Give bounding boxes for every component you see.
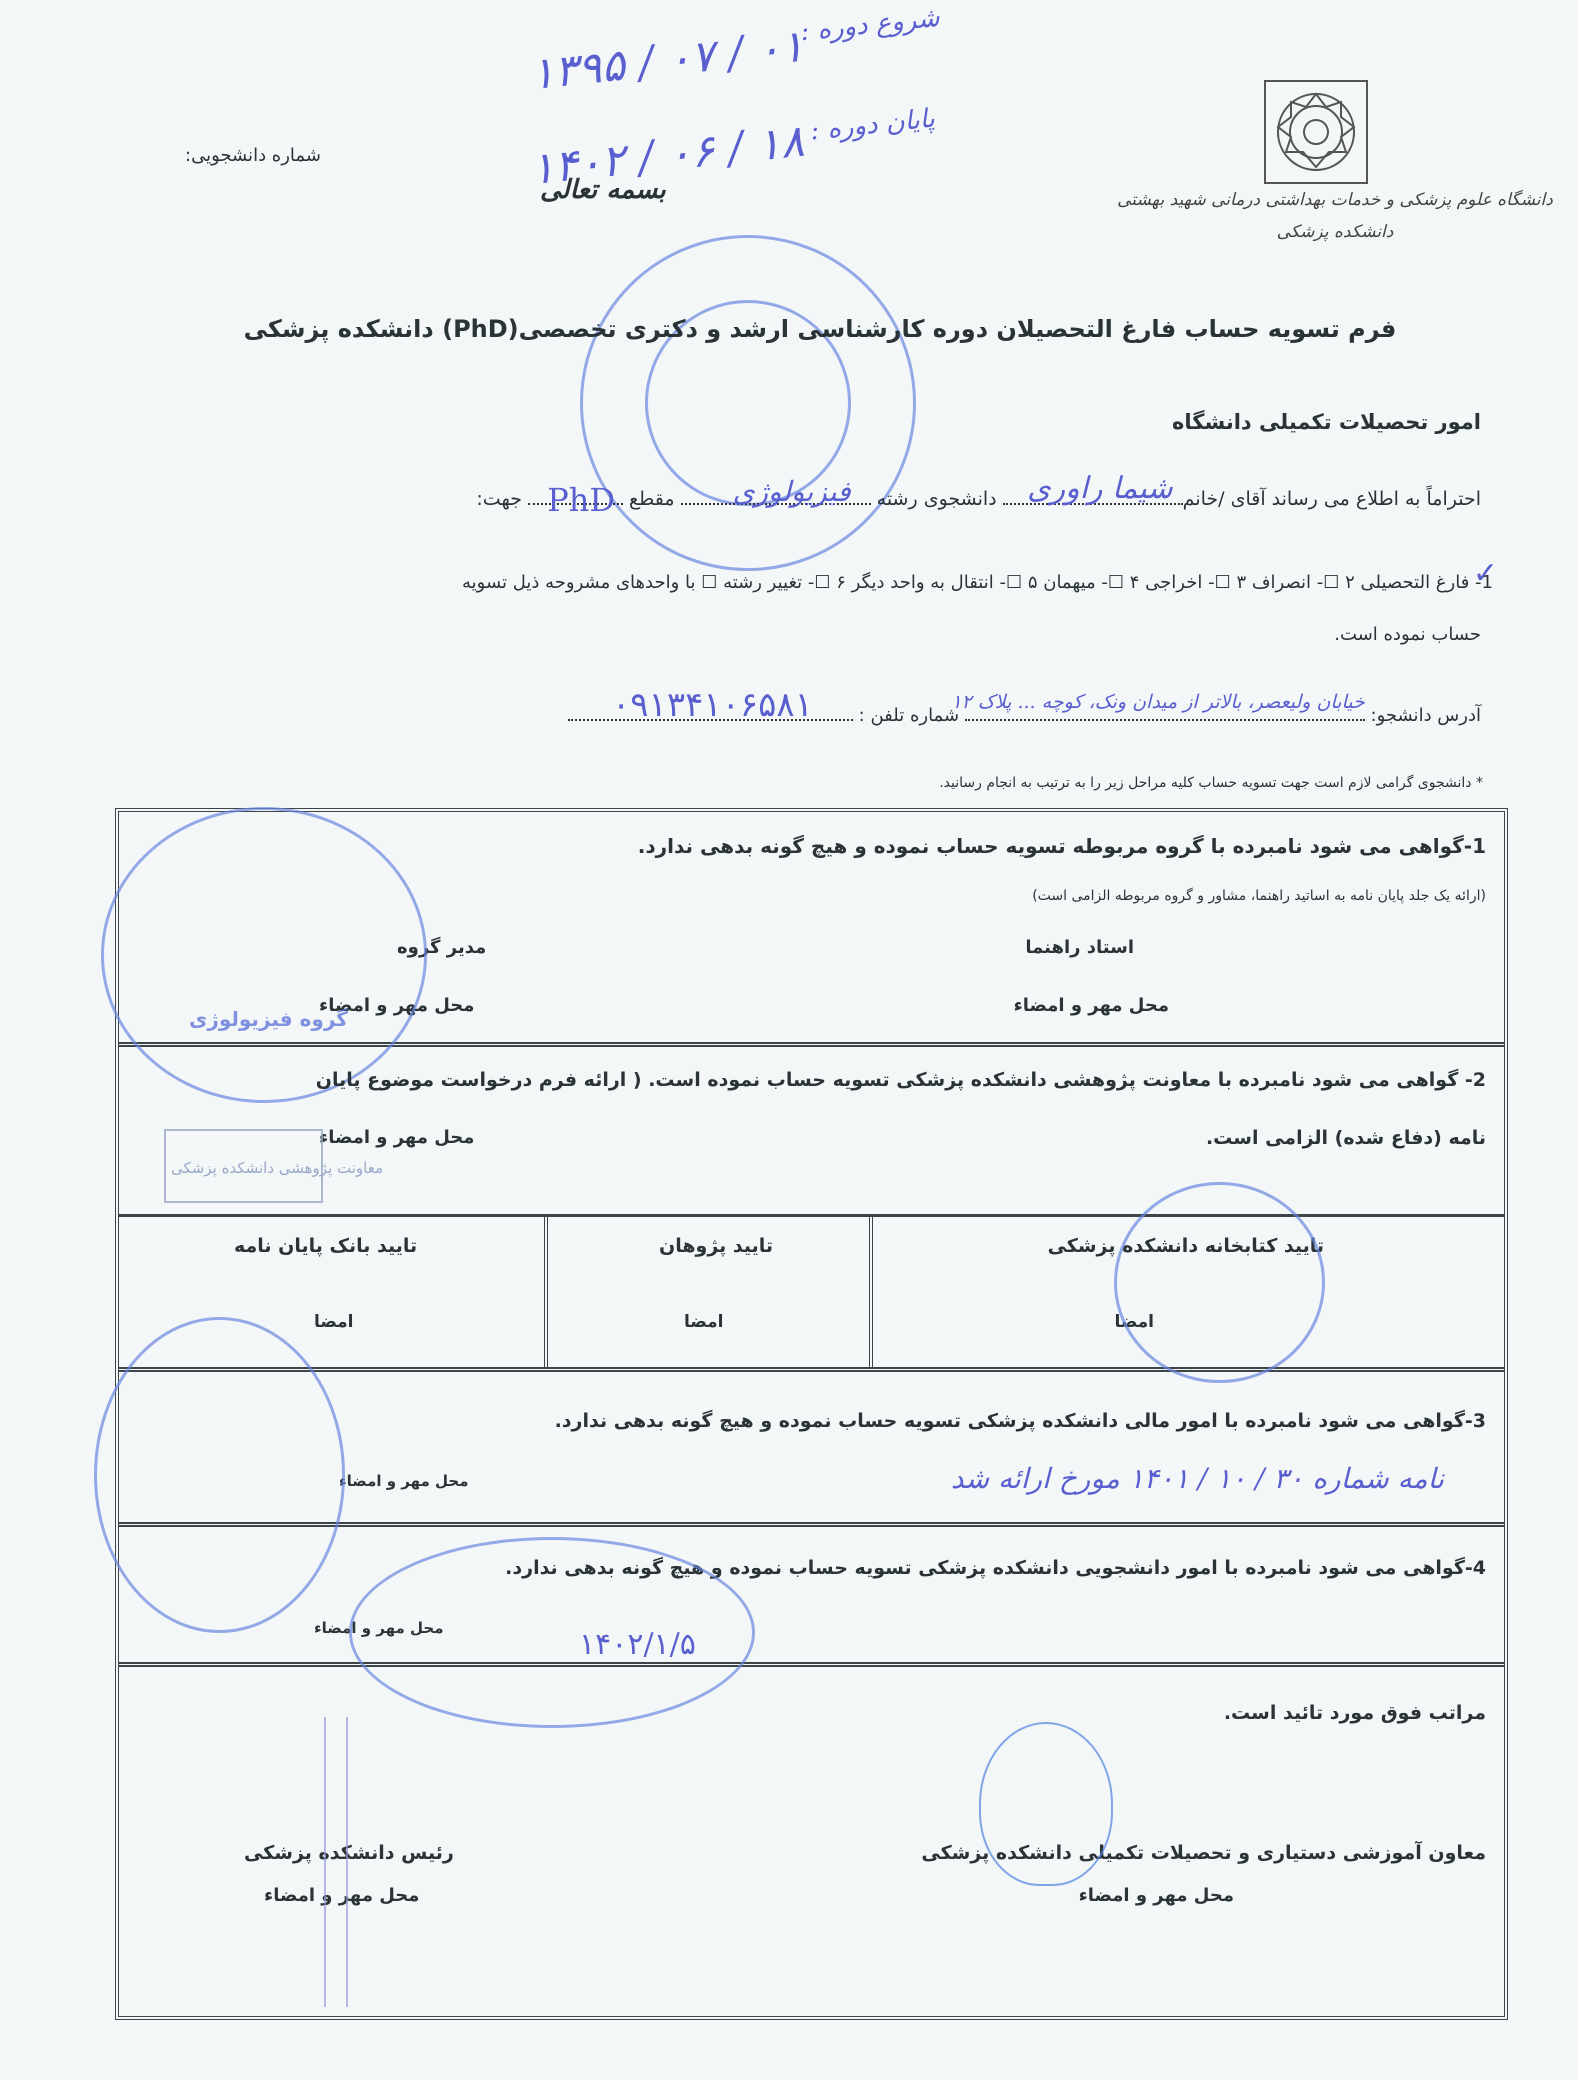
phone-field[interactable]: ۰۹۱۳۴۱۰۶۵۸۱ bbox=[568, 719, 853, 721]
section-1-group: 1-گواهی می شود نامبرده با گروه مربوطه تس… bbox=[119, 812, 1504, 1047]
finance-signature-area[interactable]: محل مهر و امضاء bbox=[339, 1472, 469, 1490]
reasons-line-1: 1- فارغ التحصیلی ۲ ☐- انصراف ۳ ☐- اخراجی… bbox=[462, 572, 1493, 593]
handwritten-start-label: شروع دوره : bbox=[799, 3, 941, 47]
advisor-label: استاد راهنما bbox=[1025, 937, 1134, 958]
rosette-logo-icon bbox=[1271, 87, 1361, 177]
physiology-stamp-text: گروه فیزیولوژی bbox=[189, 1007, 348, 1031]
dean-signature-mark bbox=[324, 1717, 348, 2007]
handwritten-start-date: ۱۳۹۵ / ۰۷ / ۰۱ bbox=[528, 21, 806, 100]
contact-line: آدرس دانشجو: خیابان ولیعصر، بالاتر از می… bbox=[568, 705, 1481, 726]
section-1-text: 1-گواهی می شود نامبرده با گروه مربوطه تس… bbox=[638, 834, 1486, 858]
faculty-name: دانشکده پزشکی bbox=[1200, 222, 1470, 242]
final-approval-text: مراتب فوق مورد تائید است. bbox=[1224, 1702, 1486, 1724]
section-2-text-line-1: 2- گواهی می شود نامبرده با معاونت پژوهشی… bbox=[316, 1069, 1486, 1091]
university-name: دانشگاه علوم پزشکی و خدمات بهداشتی درمان… bbox=[1100, 190, 1570, 210]
section-2-text-line-2: نامه (دفاع شده) الزامی است. bbox=[1206, 1127, 1486, 1149]
section-2-group: 2- گواهی می شود نامبرده با معاونت پژوهشی… bbox=[119, 1047, 1504, 1217]
section-1-note: (ارائه یک جلد پایان نامه به اساتید راهنم… bbox=[1032, 888, 1486, 904]
final-approval-group: مراتب فوق مورد تائید است. معاون آموزشی د… bbox=[119, 1667, 1504, 2017]
deputy-signature-mark bbox=[979, 1722, 1113, 1886]
column-divider bbox=[544, 1217, 548, 1367]
graduation-check-icon: ✓ bbox=[1473, 556, 1498, 591]
research-stamp-text: معاونت پژوهشی دانشکده پزشکی bbox=[171, 1159, 383, 1177]
clearance-table: 1-گواهی می شود نامبرده با گروه مربوطه تس… bbox=[115, 808, 1508, 2020]
page-title: فرم تسویه حساب فارغ التحصیلان دوره کارشن… bbox=[230, 315, 1410, 343]
handwritten-end-label: پایان دوره : bbox=[809, 104, 936, 147]
university-logo bbox=[1264, 80, 1368, 184]
deputy-signature-area[interactable]: محل مهر و امضاء bbox=[1079, 1885, 1234, 1906]
pajoohan-approval-title: تایید پژوهان bbox=[659, 1235, 773, 1257]
pajoohan-signature-area[interactable]: امضا bbox=[684, 1312, 724, 1332]
purpose-label: جهت: bbox=[476, 488, 522, 510]
address-field[interactable]: خیابان ولیعصر، بالاتر از میدان ونک، کوچه… bbox=[965, 719, 1365, 721]
address-label: آدرس دانشجو: bbox=[1371, 705, 1481, 726]
reasons-line-2: حساب نموده است. bbox=[1334, 624, 1481, 645]
research-signature-area[interactable]: محل مهر و امضاء bbox=[319, 1127, 474, 1148]
intro-prefix: احتراماً به اطلاع می رساند آقای /خانم bbox=[1183, 488, 1481, 510]
thesis-bank-approval-title: تایید بانک پایان نامه bbox=[234, 1235, 417, 1257]
instruction-note: * دانشجوی گرامی لازم است جهت تسویه حساب … bbox=[939, 775, 1483, 791]
addressee: امور تحصیلات تکمیلی دانشگاه bbox=[1172, 410, 1481, 434]
dean-label: رئیس دانشکده پزشکی bbox=[244, 1842, 454, 1864]
section-3-text: 3-گواهی می شود نامبرده با امور مالی دانش… bbox=[555, 1410, 1486, 1432]
student-name-value: شیما راوری bbox=[1027, 471, 1173, 506]
finance-handwritten-note: نامه شماره ۳۰ / ۱۰ / ۱۴۰۱ مورخ ارائه شد bbox=[951, 1462, 1444, 1495]
thesis-bank-signature-area[interactable]: امضا bbox=[314, 1312, 354, 1332]
address-value: خیابان ولیعصر، بالاتر از میدان ونک، کوچه… bbox=[951, 691, 1364, 713]
field-of-study-value: فیزیولوژی bbox=[733, 475, 851, 508]
degree-level-value: PhD bbox=[547, 481, 615, 519]
intro-line: احتراماً به اطلاع می رساند آقای /خانمشیم… bbox=[476, 488, 1481, 510]
section-4-group: 4-گواهی می شود نامبرده با امور دانشجویی … bbox=[119, 1527, 1504, 1667]
column-divider bbox=[869, 1217, 873, 1367]
advisor-signature-area[interactable]: محل مهر و امضاء bbox=[1014, 995, 1169, 1016]
degree-level-field[interactable]: PhD bbox=[528, 503, 623, 505]
student-label: دانشجوی رشته bbox=[877, 488, 997, 510]
student-name-field[interactable]: شیما راوری bbox=[1003, 503, 1183, 505]
level-label: مقطع bbox=[629, 488, 675, 510]
bismillah: بسمه تعالی bbox=[540, 175, 666, 205]
phone-value: ۰۹۱۳۴۱۰۶۵۸۱ bbox=[612, 685, 813, 725]
section-3-group: 3-گواهی می شود نامبرده با امور مالی دانش… bbox=[119, 1372, 1504, 1527]
library-stamp bbox=[1114, 1182, 1325, 1383]
student-number-label: شماره دانشجویی: bbox=[185, 145, 321, 166]
section-2-approvals-row: تایید کتابخانه دانشکده پزشکی امضا تایید … bbox=[119, 1217, 1504, 1372]
phone-label: شماره تلفن : bbox=[859, 705, 959, 726]
field-of-study-field[interactable]: فیزیولوژی bbox=[681, 503, 871, 505]
